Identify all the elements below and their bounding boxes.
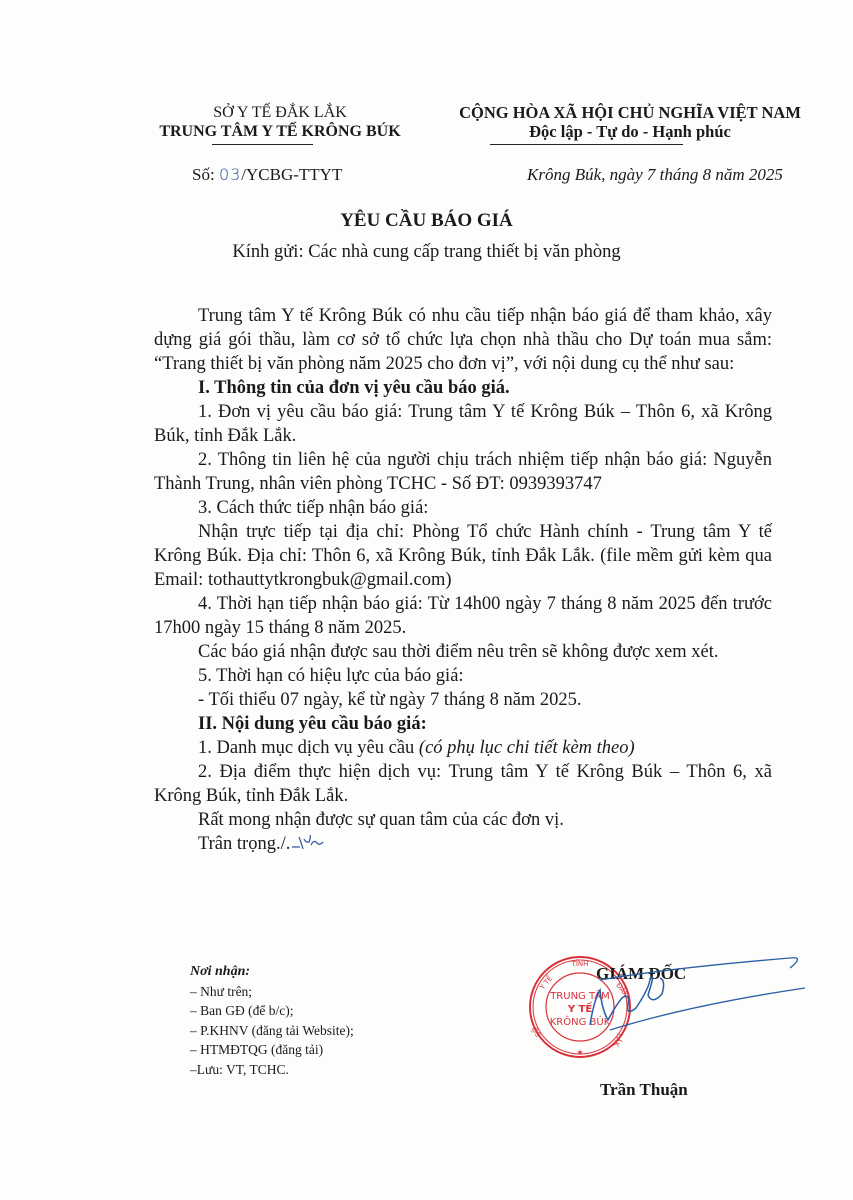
section1-item5-title: 5. Thời hạn có hiệu lực của báo giá:: [154, 664, 772, 688]
header-left: SỞ Y TẾ ĐẮK LẮK TRUNG TÂM Y TẾ KRÔNG BÚK: [150, 103, 410, 141]
document-number: Số: 03/YCBG-TTYT: [192, 165, 342, 185]
initials-signature-icon: [290, 833, 328, 851]
closing-regards-text: Trân trọng./.: [198, 834, 290, 854]
section2-item1-text: 1. Danh mục dịch vụ yêu cầu: [198, 738, 419, 758]
section1-item3-title: 3. Cách thức tiếp nhận báo giá:: [154, 496, 772, 520]
signer-name: Trần Thuận: [600, 1080, 688, 1100]
document-body: Trung tâm Y tế Krông Búk có nhu cầu tiếp…: [154, 304, 772, 856]
section1-item1: 1. Đơn vị yêu cầu báo giá: Trung tâm Y t…: [154, 400, 772, 448]
recipient-item: –Lưu: VT, TCHC.: [190, 1060, 354, 1080]
doc-number-handwritten: 03: [219, 165, 241, 184]
header-left-underline: [212, 144, 313, 145]
section2-item1: 1. Danh mục dịch vụ yêu cầu (có phụ lục …: [154, 736, 772, 760]
doc-number-suffix: /YCBG-TTYT: [241, 165, 342, 184]
addressee: Kính gửi: Các nhà cung cấp trang thiết b…: [0, 242, 853, 263]
header-right: CỘNG HÒA XÃ HỘI CHỦ NGHĨA VIỆT NAM Độc l…: [415, 103, 845, 141]
section1-item3-body: Nhận trực tiếp tại địa chỉ: Phòng Tổ chứ…: [154, 520, 772, 592]
svg-text:★: ★: [576, 1048, 583, 1057]
recipient-item: – Như trên;: [190, 982, 354, 1002]
recipient-item: – P.KHNV (đăng tải Website);: [190, 1021, 354, 1041]
recipient-item: – HTMĐTQG (đăng tải): [190, 1040, 354, 1060]
section1-item4: 4. Thời hạn tiếp nhận báo giá: Từ 14h00 …: [154, 592, 772, 640]
handwritten-signature-icon: [570, 950, 810, 1040]
closing-regards: Trân trọng./.: [154, 832, 772, 856]
section1-heading: I. Thông tin của đơn vị yêu cầu báo giá.: [154, 376, 772, 400]
recipients-block: Nơi nhận: – Như trên; – Ban GĐ (để b/c);…: [190, 962, 354, 1079]
section1-item5-body: - Tối thiểu 07 ngày, kể từ ngày 7 tháng …: [154, 688, 772, 712]
intro-paragraph: Trung tâm Y tế Krông Búk có nhu cầu tiếp…: [154, 304, 772, 376]
section2-item2: 2. Địa điểm thực hiện dịch vụ: Trung tâm…: [154, 760, 772, 808]
recipient-item: – Ban GĐ (để b/c);: [190, 1001, 354, 1021]
national-title: CỘNG HÒA XÃ HỘI CHỦ NGHĨA VIỆT NAM: [415, 103, 845, 122]
department-name: SỞ Y TẾ ĐẮK LẮK: [150, 103, 410, 122]
national-motto: Độc lập - Tự do - Hạnh phúc: [415, 122, 845, 141]
section2-item1-note: (có phụ lục chi tiết kèm theo): [419, 738, 635, 758]
organization-name: TRUNG TÂM Y TẾ KRÔNG BÚK: [150, 122, 410, 141]
document-title: YÊU CẦU BÁO GIÁ: [0, 210, 853, 232]
section2-heading: II. Nội dung yêu cầu báo giá:: [154, 712, 772, 736]
section1-item4-note: Các báo giá nhận được sau thời điểm nêu …: [154, 640, 772, 664]
closing-sentence: Rất mong nhận được sự quan tâm của các đ…: [154, 808, 772, 832]
recipients-label: Nơi nhận:: [190, 962, 354, 982]
section1-item2: 2. Thông tin liên hệ của người chịu trác…: [154, 448, 772, 496]
header-right-underline: [490, 144, 683, 145]
date-line: Krông Búk, ngày 7 tháng 8 năm 2025: [527, 165, 783, 185]
doc-number-prefix: Số:: [192, 165, 219, 184]
